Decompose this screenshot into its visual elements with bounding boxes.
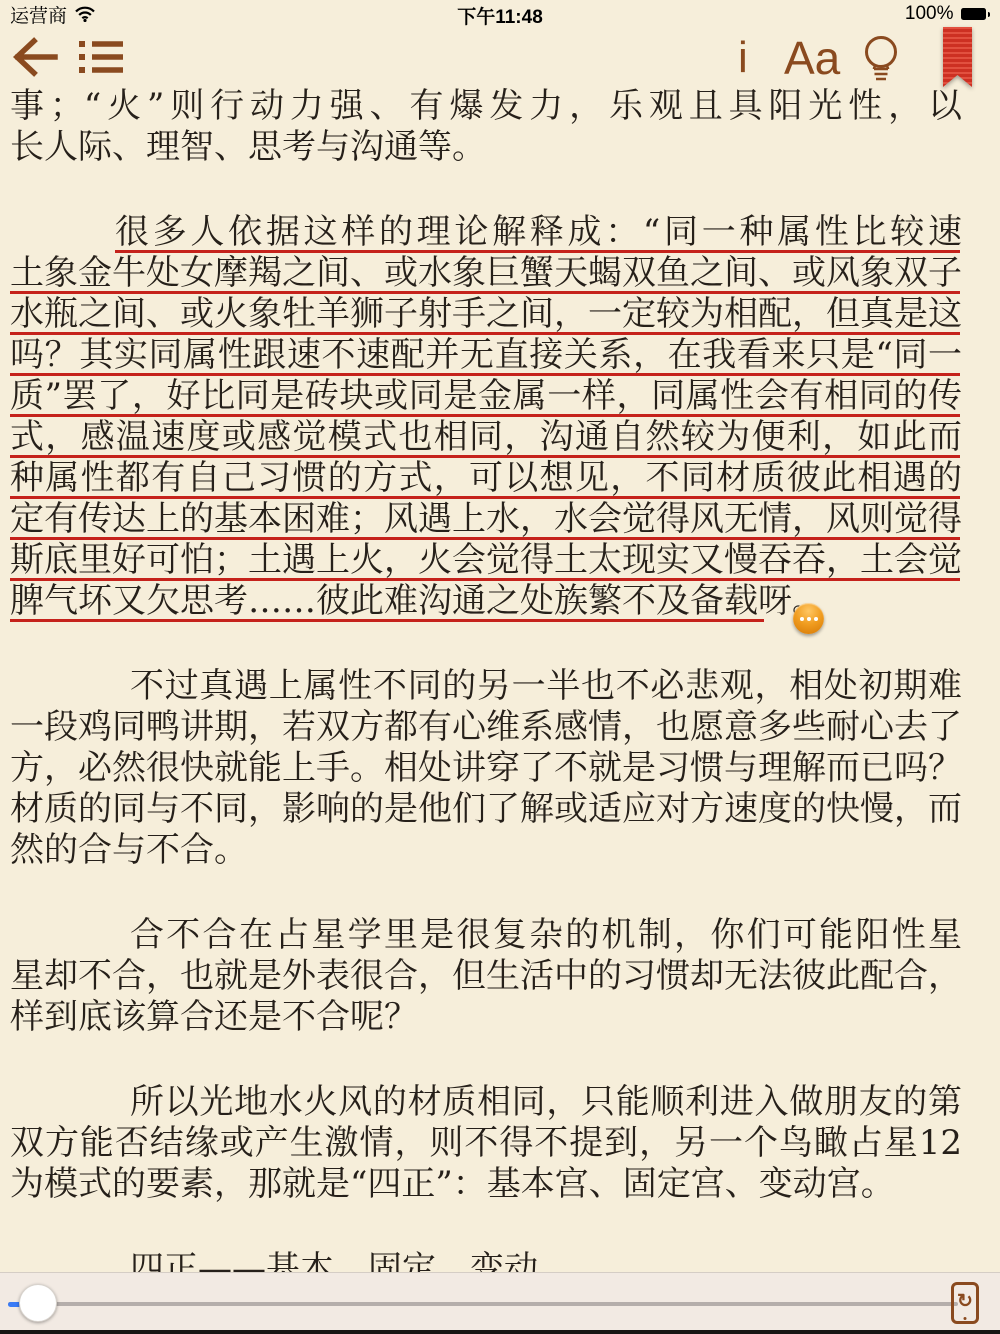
underlined-text-line: 水瓶之间、或火象牡羊狮子射手之间，一定较为相配，但真是这样 — [10, 294, 962, 335]
reader-screen: 运营商 下午11:48 100% i Aa — [0, 0, 1000, 1334]
underlined-text-line: 吗？其实同属性跟速不速配并无直接关系，在我看来只是“同一种材 — [10, 335, 962, 376]
rotation-lock-button[interactable]: ↻ — [951, 1282, 979, 1324]
paragraph: 不过真遇上属性不同的另一半也不必悲观，相处初期难免经历 一段鸡同鸭讲期，若双方都… — [10, 666, 962, 871]
screen-bottom-edge — [0, 1330, 1000, 1334]
underlined-text-line: 质”罢了，好比同是砖块或同是金属一样，同属性会有相同的传导方 — [10, 376, 962, 417]
underlined-text-line: 土象金牛处女摩羯之间、或水象巨蟹天蝎双鱼之间、或风象双子天平 — [10, 253, 962, 294]
underlined-text-line: 式，感温速度或感觉模式也相同，沟通自然较为便利，如此而已。每 — [10, 417, 962, 458]
reader-toolbar: i Aa — [0, 28, 1000, 88]
text-line: 然的合与不合。 — [10, 830, 962, 871]
carrier-label: 运营商 — [10, 1, 67, 28]
paragraph: 所以光地水火风的材质相同，只能顺利进入做朋友的第一步， 双方能否结缘或产生激情，… — [10, 1082, 962, 1205]
page-text: 事；“火”则行动力强、有爆发力，乐观且具阳光性，以及“风”擅 长人际、理智、思考… — [10, 86, 962, 1334]
paragraph: 事；“火”则行动力强、有爆发力，乐观且具阳光性，以及“风”擅 长人际、理智、思考… — [10, 86, 962, 168]
text-line: 合不合在占星学里是很复杂的机制，你们可能阳性星合，阴性 — [10, 915, 962, 956]
ellipsis-dot — [800, 617, 804, 621]
ellipsis-dot — [814, 617, 818, 621]
brightness-lightbulb-button[interactable] — [858, 34, 904, 86]
underlined-text-line: 很多人依据这样的理论解释成：“同一种属性比较速配。”说 — [10, 212, 962, 253]
text-line: 所以光地水火风的材质相同，只能顺利进入做朋友的第一步， — [10, 1082, 962, 1123]
text-line: 双方能否结缘或产生激情，则不得不提到，另一个鸟瞰占星12星座行 — [10, 1123, 962, 1164]
annotation-note-indicator[interactable] — [793, 603, 824, 634]
text-line: 事；“火”则行动力强、有爆发力，乐观且具阳光性，以及“风”擅 — [10, 86, 962, 127]
battery-icon — [961, 8, 991, 20]
rotate-icon: ↻ — [957, 1292, 973, 1311]
text-line: 长人际、理智、思考与沟通等。 — [10, 127, 962, 168]
underlined-text-line: 斯底里好可怕；土遇上火，火会觉得土太现实又慢吞吞，土会觉得火 — [10, 540, 962, 581]
reader-bottom-bar: ↻ — [0, 1272, 1000, 1330]
underlined-text-line: 定有传达上的基本困难；风遇上水，水会觉得风无情，风则觉得水歇 — [10, 499, 962, 540]
back-button[interactable] — [12, 36, 58, 78]
wifi-icon — [74, 6, 96, 22]
font-settings-button[interactable]: Aa — [784, 28, 840, 88]
text-line: 一段鸡同鸭讲期，若双方都有心维系感情，也愿意多些耐心去了解对 — [10, 707, 962, 748]
text-line: 星却不合，也就是外表很合，但生活中的习惯却无法彼此配合，那这 — [10, 956, 962, 997]
text-line: 为模式的要素，那就是“四正”：基本宫、固定宫、变动宫。 — [10, 1164, 962, 1205]
progress-slider-knob[interactable] — [19, 1284, 57, 1322]
table-of-contents-button[interactable] — [78, 36, 124, 78]
text-line: 方，必然很快就能上手。相处讲穿了不就是习惯与理解而已吗？所以 — [10, 748, 962, 789]
highlighted-paragraph[interactable]: 很多人依据这样的理论解释成：“同一种属性比较速配。”说 土象金牛处女摩羯之间、或… — [10, 212, 962, 622]
bookmark-ribbon-button[interactable] — [943, 27, 972, 87]
battery-percent-label: 100% — [905, 3, 954, 25]
clock: 下午11:48 — [457, 2, 543, 29]
progress-slider-track[interactable] — [8, 1302, 958, 1306]
info-button[interactable]: i — [738, 28, 748, 88]
ellipsis-dot — [807, 617, 811, 621]
text-line: 不过真遇上属性不同的另一半也不必悲观，相处初期难免经历 — [10, 666, 962, 707]
underlined-text-line: 种属性都有自己习惯的方式，可以想见，不同材质彼此相遇的话，一 — [10, 458, 962, 499]
text-line: 材质的同与不同，影响的是他们了解或适应对方速度的快慢，而非必 — [10, 789, 962, 830]
paragraph: 合不合在占星学里是很复杂的机制，你们可能阳性星合，阴性 星却不合，也就是外表很合… — [10, 915, 962, 1038]
bookmark-ribbon-icon — [943, 27, 972, 87]
status-bar: 运营商 下午11:48 100% — [0, 0, 1000, 28]
text-line: 样到底该算合还是不合呢？ — [10, 997, 962, 1038]
